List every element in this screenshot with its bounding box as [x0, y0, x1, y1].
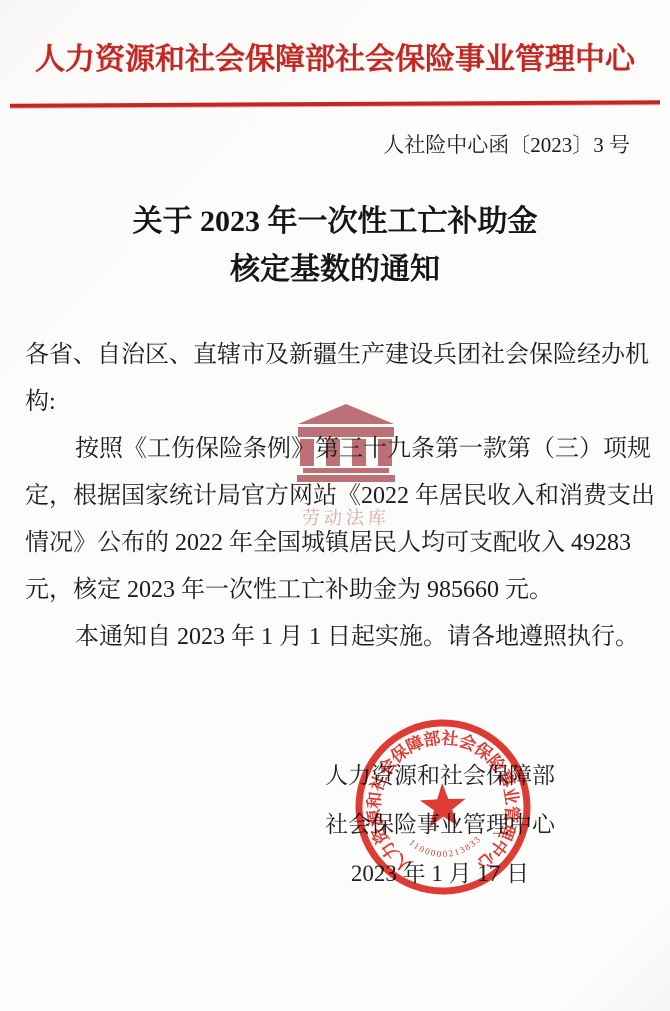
official-red-seal: 人力资源和社会保障部社会保险事业管理中心 1100000213833 — [345, 709, 542, 906]
document-title-line1: 关于 2023 年一次性工亡补助金 — [0, 198, 670, 246]
document-title: 关于 2023 年一次性工亡补助金 核定基数的通知 — [0, 198, 670, 294]
letterhead-divider-line — [10, 100, 660, 107]
scanned-official-notice: 人力资源和社会保障部社会保险事业管理中心 人社险中心函〔2023〕3 号 关于 … — [0, 0, 670, 1011]
body-line: 情况》公布的 2022 年全国城镇居民人均可支配收入 49283 — [25, 520, 647, 567]
body-line: 定，根据国家统计局官方网站《2022 年居民收入和消费支出 — [25, 473, 647, 520]
notice-body: 各省、自治区、直辖市及新疆生产建设兵团社会保险经办机 构: 按照《工伤保险条例》… — [25, 332, 647, 661]
body-line: 元，核定 2023 年一次性工亡补助金为 985660 元。 — [25, 567, 647, 614]
seal-star-icon — [419, 782, 466, 827]
letterhead-org-name: 人力资源和社会保障部社会保险事业管理中心 — [0, 34, 670, 78]
document-title-line2: 核定基数的通知 — [0, 246, 670, 294]
body-line: 各省、自治区、直辖市及新疆生产建设兵团社会保险经办机 — [25, 332, 647, 379]
body-line: 构: — [25, 379, 647, 426]
seal-serial-number: 1100000213833 — [407, 834, 483, 860]
body-line: 按照《工伤保险条例》第三十九条第一款第（三）项规 — [25, 426, 647, 473]
document-number: 人社险中心函〔2023〕3 号 — [383, 129, 630, 159]
body-line: 本通知自 2023 年 1 月 1 日起实施。请各地遵照执行。 — [25, 614, 647, 661]
